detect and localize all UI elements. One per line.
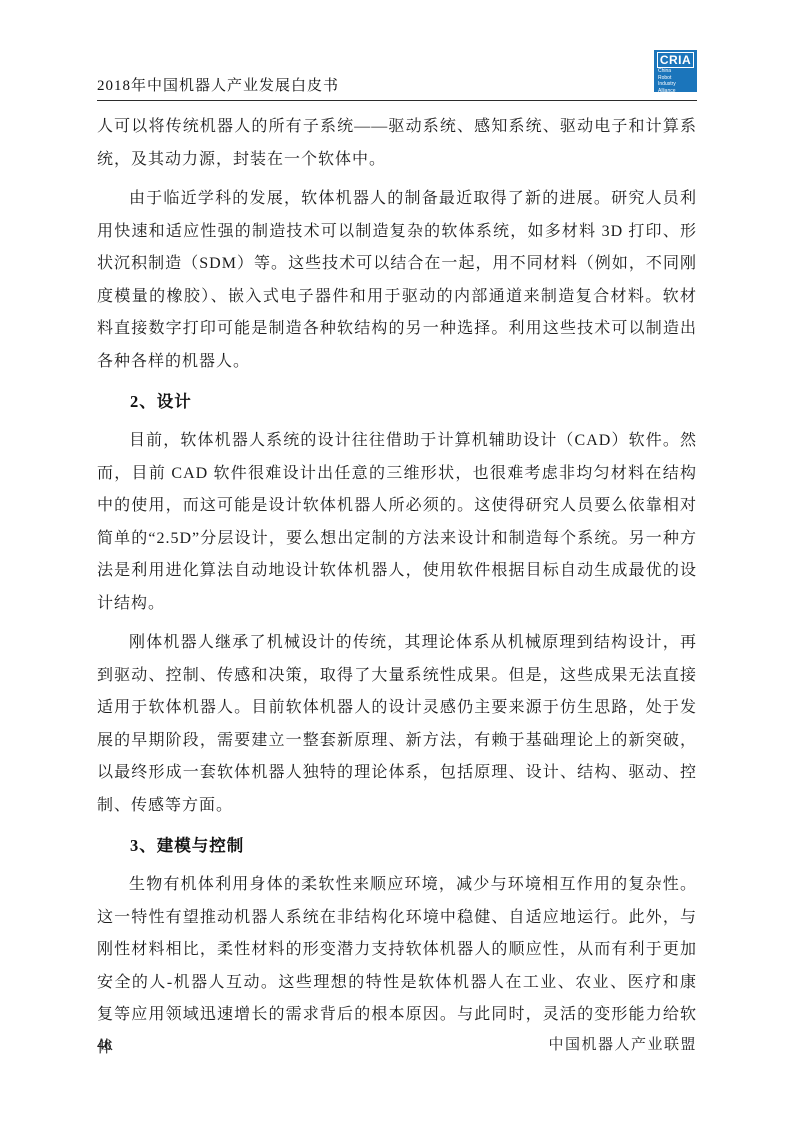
paragraph-soft-robot-subsystems: 人可以将传统机器人的所有子系统——驱动系统、感知系统、驱动电子和计算系统，及其动… xyxy=(97,111,697,176)
paragraph-fabrication-progress: 由于临近学科的发展，软体机器人的制备最近取得了新的进展。研究人员利用快速和适应性… xyxy=(97,183,697,378)
cria-logo-line-industry: Industry xyxy=(657,82,694,88)
page-header: 2018年中国机器人产业发展白皮书 CRIA China Robot Indus… xyxy=(97,0,697,101)
cria-logo-acronym: CRIA xyxy=(657,52,694,68)
cria-logo-icon: CRIA China Robot Industry Alliance xyxy=(654,50,697,92)
cria-logo-line-alliance: Alliance xyxy=(657,89,694,95)
document-body: 人可以将传统机器人的所有子系统——驱动系统、感知系统、驱动电子和计算系统，及其动… xyxy=(97,100,697,1071)
page-footer: 48 中国机器人产业联盟 xyxy=(97,1033,697,1054)
section-heading-modeling-control: 3、建模与控制 xyxy=(97,829,697,862)
document-page: 2018年中国机器人产业发展白皮书 CRIA China Robot Indus… xyxy=(0,0,793,1122)
section-heading-design: 2、设计 xyxy=(97,385,697,418)
page-number: 48 xyxy=(97,1037,112,1054)
footer-organization: 中国机器人产业联盟 xyxy=(548,1033,697,1054)
cria-logo-line-china: China xyxy=(657,69,694,75)
paragraph-rigid-robot-theory: 刚体机器人继承了机械设计的传统，其理论体系从机械原理到结构设计，再到驱动、控制、… xyxy=(97,627,697,822)
paragraph-cad-design: 目前，软体机器人系统的设计往往借助于计算机辅助设计（CAD）软件。然而，目前 C… xyxy=(97,425,697,620)
document-title: 2018年中国机器人产业发展白皮书 xyxy=(97,74,339,95)
